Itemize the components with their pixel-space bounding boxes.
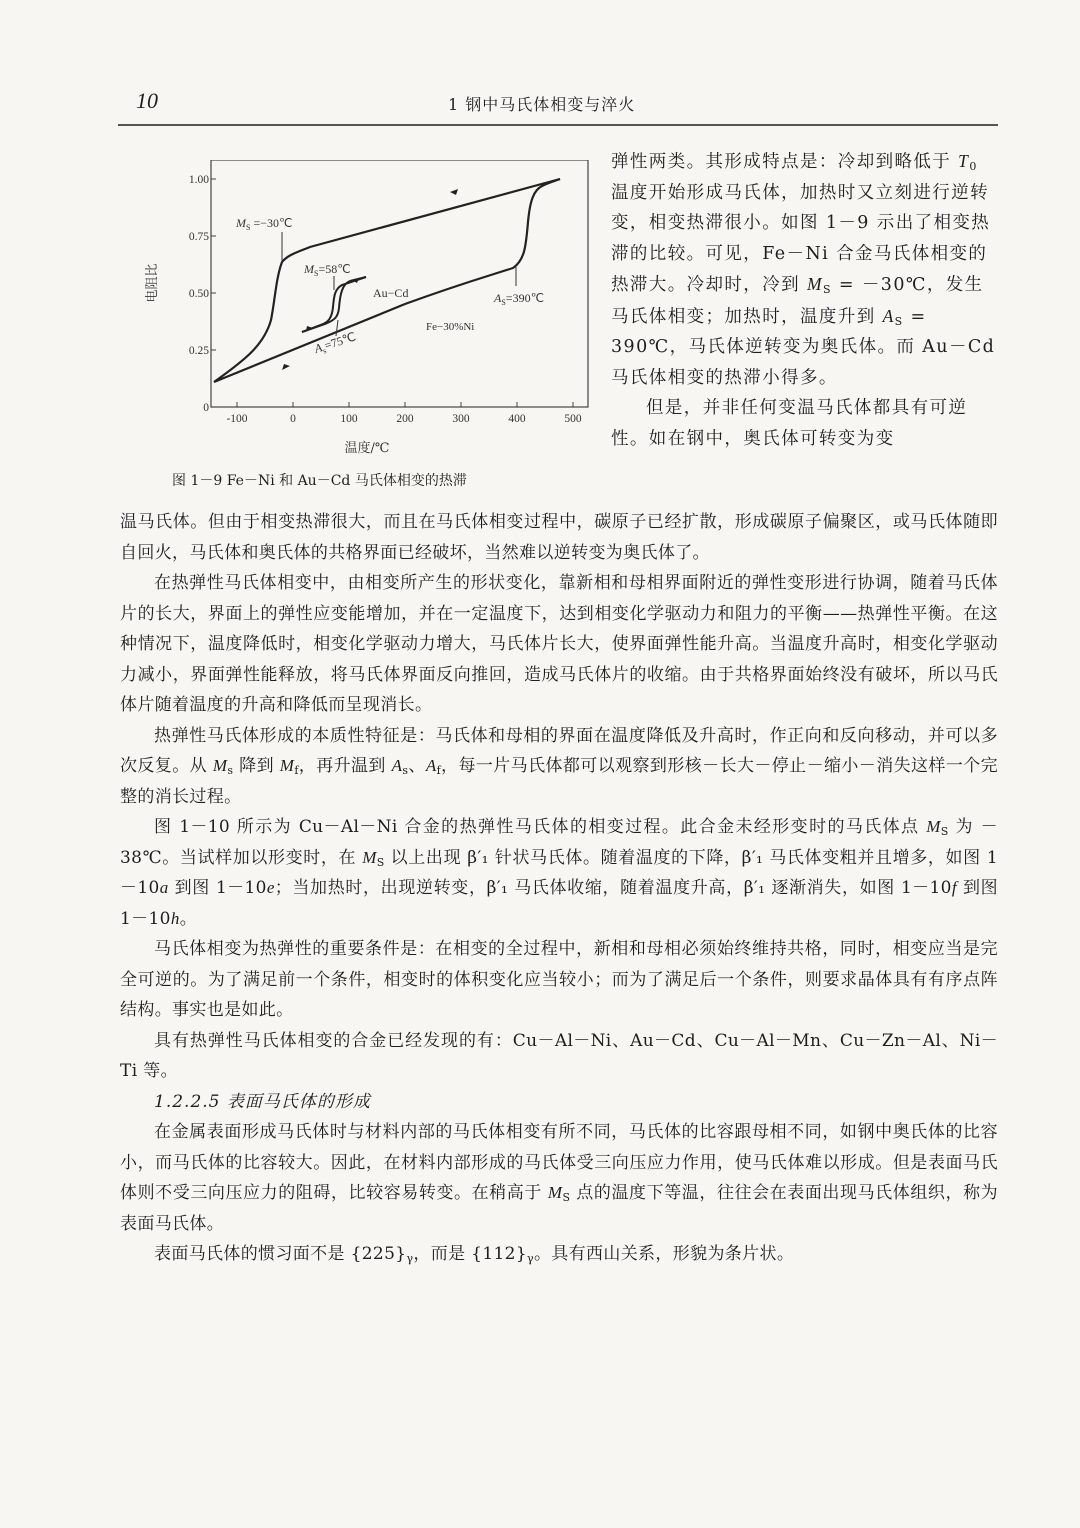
paragraph: 表面马氏体的惯习面不是 {225}γ，而是 {112}γ。具有西山关系，形貌为条… [120, 1239, 998, 1270]
body-text: 温马氏体。但由于相变热滞很大，而且在马氏体相变过程中，碳原子已经扩散，形成碳原子… [120, 507, 998, 1270]
y-tick-0: 0 [203, 402, 209, 414]
running-title: 1 钢中马氏体相变与淬火 [448, 92, 635, 115]
x-tick-m100: -100 [226, 413, 247, 425]
arrow-heating-icon [282, 364, 290, 370]
paragraph: 图 1－10 所示为 Cu－Al－Ni 合金的热弹性马氏体的相变过程。此合金未经… [120, 812, 998, 934]
label-fe-ni-as: AS=390℃ [493, 291, 544, 307]
header-rule [118, 124, 998, 126]
figure-caption: 图 1－9 Fe－Ni 和 Au－Cd 马氏体相变的热滞 [172, 470, 467, 490]
figure-1-9: 1.00 0.75 0.50 0.25 0 -100 0 100 200 300… [130, 160, 600, 500]
arrow-cooling-icon [450, 189, 458, 195]
paragraph: 在金属表面形成马氏体时与材料内部的马氏体相变有所不同，马氏体的比容跟母相不同，如… [120, 1117, 998, 1239]
label-au-cd-ms: MS=58℃ [303, 262, 351, 278]
x-tick-400: 400 [508, 413, 526, 425]
fe-ni-heating-curve [214, 179, 560, 382]
x-tick-500: 500 [564, 413, 582, 425]
page-header: 10 1 钢中马氏体相变与淬火 [118, 86, 998, 126]
side-column-text: 弹性两类。其形成特点是：冷却到略低于 T0 温度开始形成马氏体，加热时又立刻进行… [611, 146, 997, 454]
label-fe-ni: Fe−30%Ni [426, 321, 474, 333]
y-tick-050: 0.50 [189, 288, 209, 300]
y-tick-1: 1.00 [189, 174, 209, 186]
paragraph: 在热弹性马氏体相变中，由相变所产生的形状变化，靠新相和母相界面附近的弹性变形进行… [120, 568, 998, 721]
paragraph: 热弹性马氏体形成的本质性特征是：马氏体和母相的界面在温度降低及升高时，作正向和反… [120, 721, 998, 813]
label-fe-ni-ms: MS =−30℃ [235, 216, 292, 232]
y-tick-075: 0.75 [189, 231, 209, 243]
x-tick-100: 100 [340, 413, 358, 425]
x-axis-label: 温度/℃ [345, 440, 390, 456]
x-tick-200: 200 [396, 413, 414, 425]
x-tick-0: 0 [290, 413, 296, 425]
paragraph: 温马氏体。但由于相变热滞很大，而且在马氏体相变过程中，碳原子已经扩散，形成碳原子… [120, 507, 998, 568]
section-heading: 1.2.2.5 表面马氏体的形成 [120, 1087, 998, 1118]
page-number: 10 [136, 88, 158, 114]
paragraph: 但是，并非任何变温马氏体都具有可逆性。如在钢中，奥氏体可转变为变 [611, 393, 997, 454]
label-au-cd: Au−Cd [373, 286, 408, 300]
paragraph: 马氏体相变为热弹性的重要条件是：在相变的全过程中，新相和母相必须始终维持共格，同… [120, 934, 998, 1026]
paragraph: 弹性两类。其形成特点是：冷却到略低于 T0 温度开始形成马氏体，加热时又立刻进行… [611, 146, 997, 393]
y-tick-025: 0.25 [189, 345, 209, 357]
hysteresis-chart: 1.00 0.75 0.50 0.25 0 -100 0 100 200 300… [130, 160, 600, 500]
fe-ni-cooling-curve [214, 179, 560, 382]
y-axis-label: 电阻比 [144, 263, 160, 302]
paragraph: 具有热弹性马氏体相变的合金已经发现的有：Cu－Al－Ni、Au－Cd、Cu－Al… [120, 1026, 998, 1087]
x-tick-300: 300 [452, 413, 470, 425]
